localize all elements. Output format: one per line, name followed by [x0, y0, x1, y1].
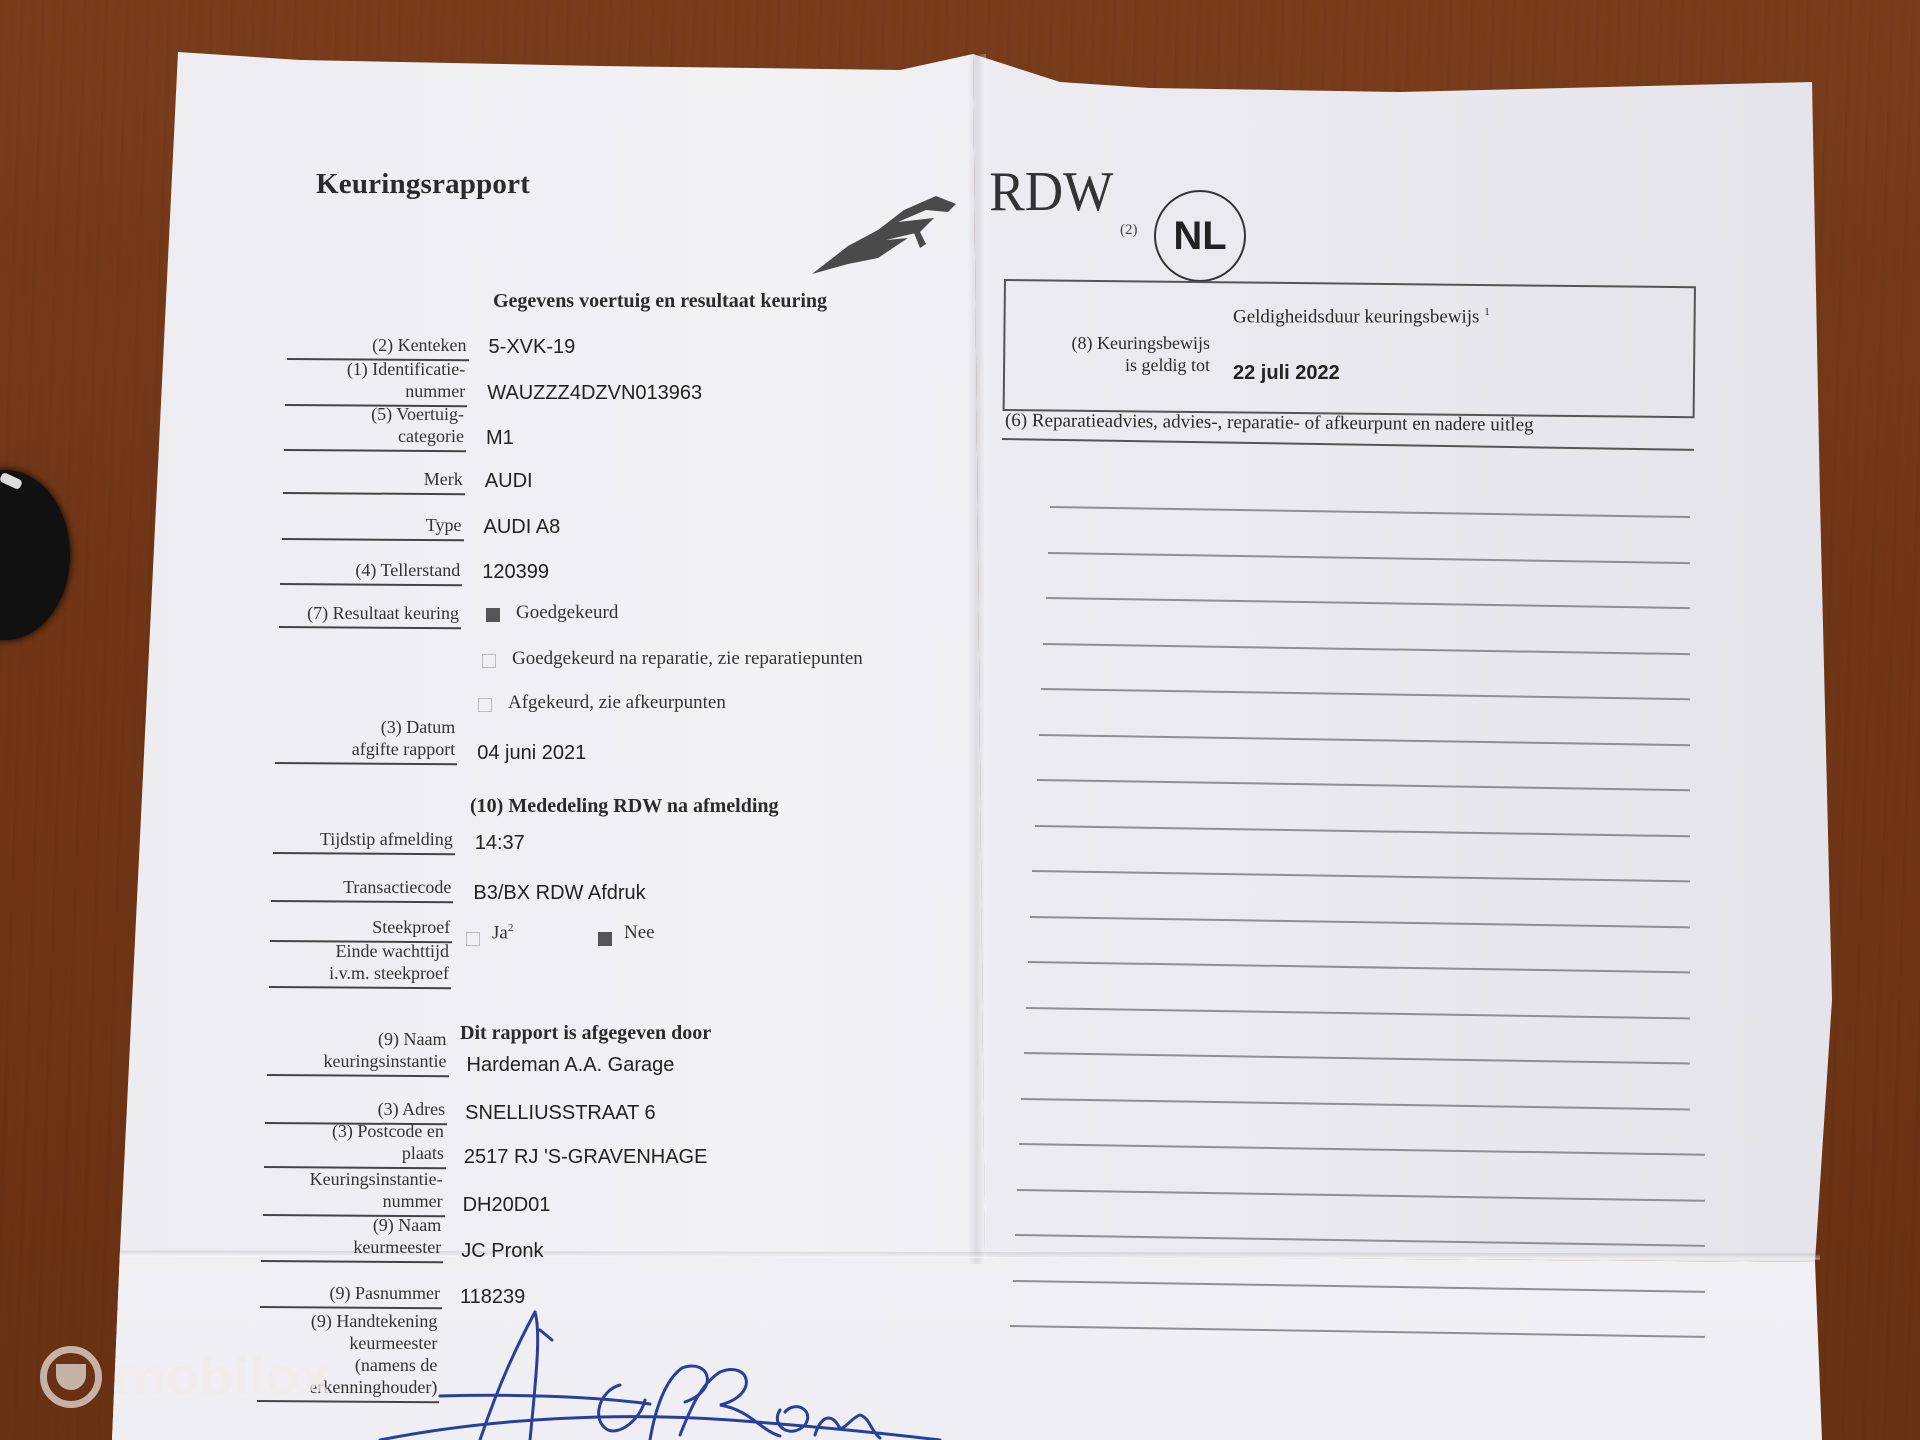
date-value: 04 juni 2021: [477, 742, 586, 765]
vehicle-field-label: (2) Kenteken: [247, 334, 467, 356]
issuer-field-label: Keuringsinstantie-nummer: [223, 1168, 443, 1212]
vehicle-field-label-line: (5) Voertuig-: [244, 403, 464, 425]
issuer-field-label-line: Keuringsinstantie-: [223, 1168, 443, 1190]
fold-crease-vertical: [968, 54, 986, 1264]
result-label: (7) Resultaat keuring: [239, 602, 459, 624]
validity-footnote: 1: [1484, 306, 1490, 318]
validity-label-line1: (8) Keuringsbewijs: [1050, 332, 1210, 354]
sample-checkbox[interactable]: [466, 932, 480, 946]
vehicle-field-label-line: nummer: [245, 380, 465, 402]
validity-title: Geldigheidsduur keuringsbewijs 1: [1233, 306, 1490, 328]
validity-label-line2: is geldig tot: [1050, 354, 1210, 376]
repair-advice-heading: (6) Reparatieadvies, advies-, reparatie-…: [1005, 410, 1534, 437]
vehicle-field-label-line: Merk: [243, 468, 463, 490]
issuer-field-label: (9) Naamkeurmeester: [221, 1214, 441, 1258]
vehicle-field-value: AUDI: [485, 470, 533, 493]
sample-label-line: Steekproef: [230, 916, 450, 938]
date-label-line: afgifte rapport: [235, 738, 455, 760]
issuer-field-label-line: (9) Naam: [221, 1214, 441, 1236]
result-option-label: Afgekeurd, zie afkeurpunten: [508, 692, 726, 714]
result-checkbox[interactable]: [482, 654, 496, 668]
mobilox-watermark: mobilox: [40, 1346, 330, 1408]
sample-label: Steekproef: [230, 916, 450, 938]
vehicle-field-label: Merk: [243, 468, 463, 490]
vehicle-field-label: (4) Tellerstand: [240, 559, 460, 581]
result-option-label: Goedgekeurd: [516, 602, 618, 624]
issuer-field-value: SNELLIUSSTRAAT 6: [465, 1102, 655, 1125]
date-label-line: (3) Datum: [235, 716, 455, 738]
country-ref: (2): [1120, 222, 1138, 239]
vehicle-field-label-line: (4) Tellerstand: [240, 559, 460, 581]
issuer-field-label: (9) Naamkeuringsinstantie: [227, 1028, 447, 1072]
vehicle-field-value: M1: [486, 427, 514, 450]
issuer-field-label-line: plaats: [224, 1142, 444, 1164]
time-label: Tijdstip afmelding: [233, 828, 453, 850]
vehicle-field-label-line: categorie: [244, 425, 464, 447]
validity-date: 22 juli 2022: [1233, 362, 1340, 385]
vehicle-field-value: 5-XVK-19: [489, 336, 576, 359]
result-label-line: (7) Resultaat keuring: [239, 602, 459, 624]
vehicle-field-value: 120399: [482, 561, 549, 584]
issuer-field-label: (3) Postcode enplaats: [224, 1120, 444, 1164]
validity-title-text: Geldigheidsduur keuringsbewijs: [1233, 306, 1479, 327]
issued-by-heading: Dit rapport is afgegeven door: [460, 1022, 711, 1045]
result-checkbox[interactable]: [486, 608, 500, 622]
country-code-badge: NL: [1154, 190, 1246, 282]
issuer-field-value: JC Pronk: [461, 1240, 543, 1263]
sample-footnote: 2: [508, 922, 514, 934]
issuer-field-label-line: (3) Postcode en: [224, 1120, 444, 1142]
validity-label: (8) Keuringsbewijs is geldig tot: [1050, 332, 1210, 376]
time-label-line: Tijdstip afmelding: [233, 828, 453, 850]
time-value: 14:37: [475, 832, 525, 855]
vehicle-field-label: (1) Identificatie-nummer: [245, 358, 465, 402]
issuer-field-label-line: nummer: [223, 1190, 443, 1212]
rdw-logo-text: RDW: [989, 160, 1113, 224]
date-label: (3) Datumafgifte rapport: [235, 716, 455, 760]
transaction-label-line: Transactiecode: [231, 876, 451, 898]
signature-scribble: [290, 1300, 950, 1440]
vehicle-field-label: (5) Voertuig-categorie: [244, 403, 464, 447]
document-title: Keuringsrapport: [316, 168, 530, 201]
issuer-field-label-line: keuringsinstantie: [227, 1050, 447, 1072]
vehicle-field-label-line: Type: [242, 514, 462, 536]
sample-option-label: Ja2: [492, 922, 513, 944]
issuer-field-value: DH20D01: [463, 1194, 551, 1217]
mobilox-logo-icon: [40, 1346, 102, 1408]
issuer-field-label-line: (9) Naam: [227, 1028, 447, 1050]
sample-checkbox[interactable]: [598, 932, 612, 946]
vehicle-field-value: WAUZZZ4DZVN013963: [487, 382, 702, 405]
transaction-label: Transactiecode: [231, 876, 451, 898]
wait-label: Einde wachttijdi.v.m. steekproef: [229, 940, 449, 984]
mobilox-brand-text: mobilox: [114, 1348, 330, 1406]
wait-label-line: i.v.m. steekproef: [229, 962, 449, 984]
dark-object: [0, 470, 70, 640]
issuer-field-label: (3) Adres: [225, 1098, 445, 1120]
transaction-value: B3/BX RDW Afdruk: [473, 882, 645, 905]
vehicle-field-label: Type: [242, 514, 462, 536]
rdw-feather-logo-icon: [808, 188, 960, 278]
vehicle-field-label-line: (1) Identificatie-: [245, 358, 465, 380]
issuer-field-label-line: (3) Adres: [225, 1098, 445, 1120]
issuer-field-value: 2517 RJ 'S-GRAVENHAGE: [464, 1146, 708, 1169]
issuer-field-label-line: keurmeester: [221, 1236, 441, 1258]
vehicle-section-heading: Gegevens voertuig en resultaat keuring: [493, 290, 827, 313]
issuer-field-value: Hardeman A.A. Garage: [467, 1054, 675, 1077]
wait-label-line: Einde wachttijd: [229, 940, 449, 962]
result-option-label: Goedgekeurd na reparatie, zie reparatiep…: [512, 648, 863, 670]
vehicle-field-label-line: (2) Kenteken: [247, 334, 467, 356]
result-checkbox[interactable]: [478, 698, 492, 712]
vehicle-field-value: AUDI A8: [484, 516, 561, 539]
rdw-notice-heading: (10) Mededeling RDW na afmelding: [470, 795, 779, 818]
sample-option-label: Nee: [624, 922, 655, 944]
